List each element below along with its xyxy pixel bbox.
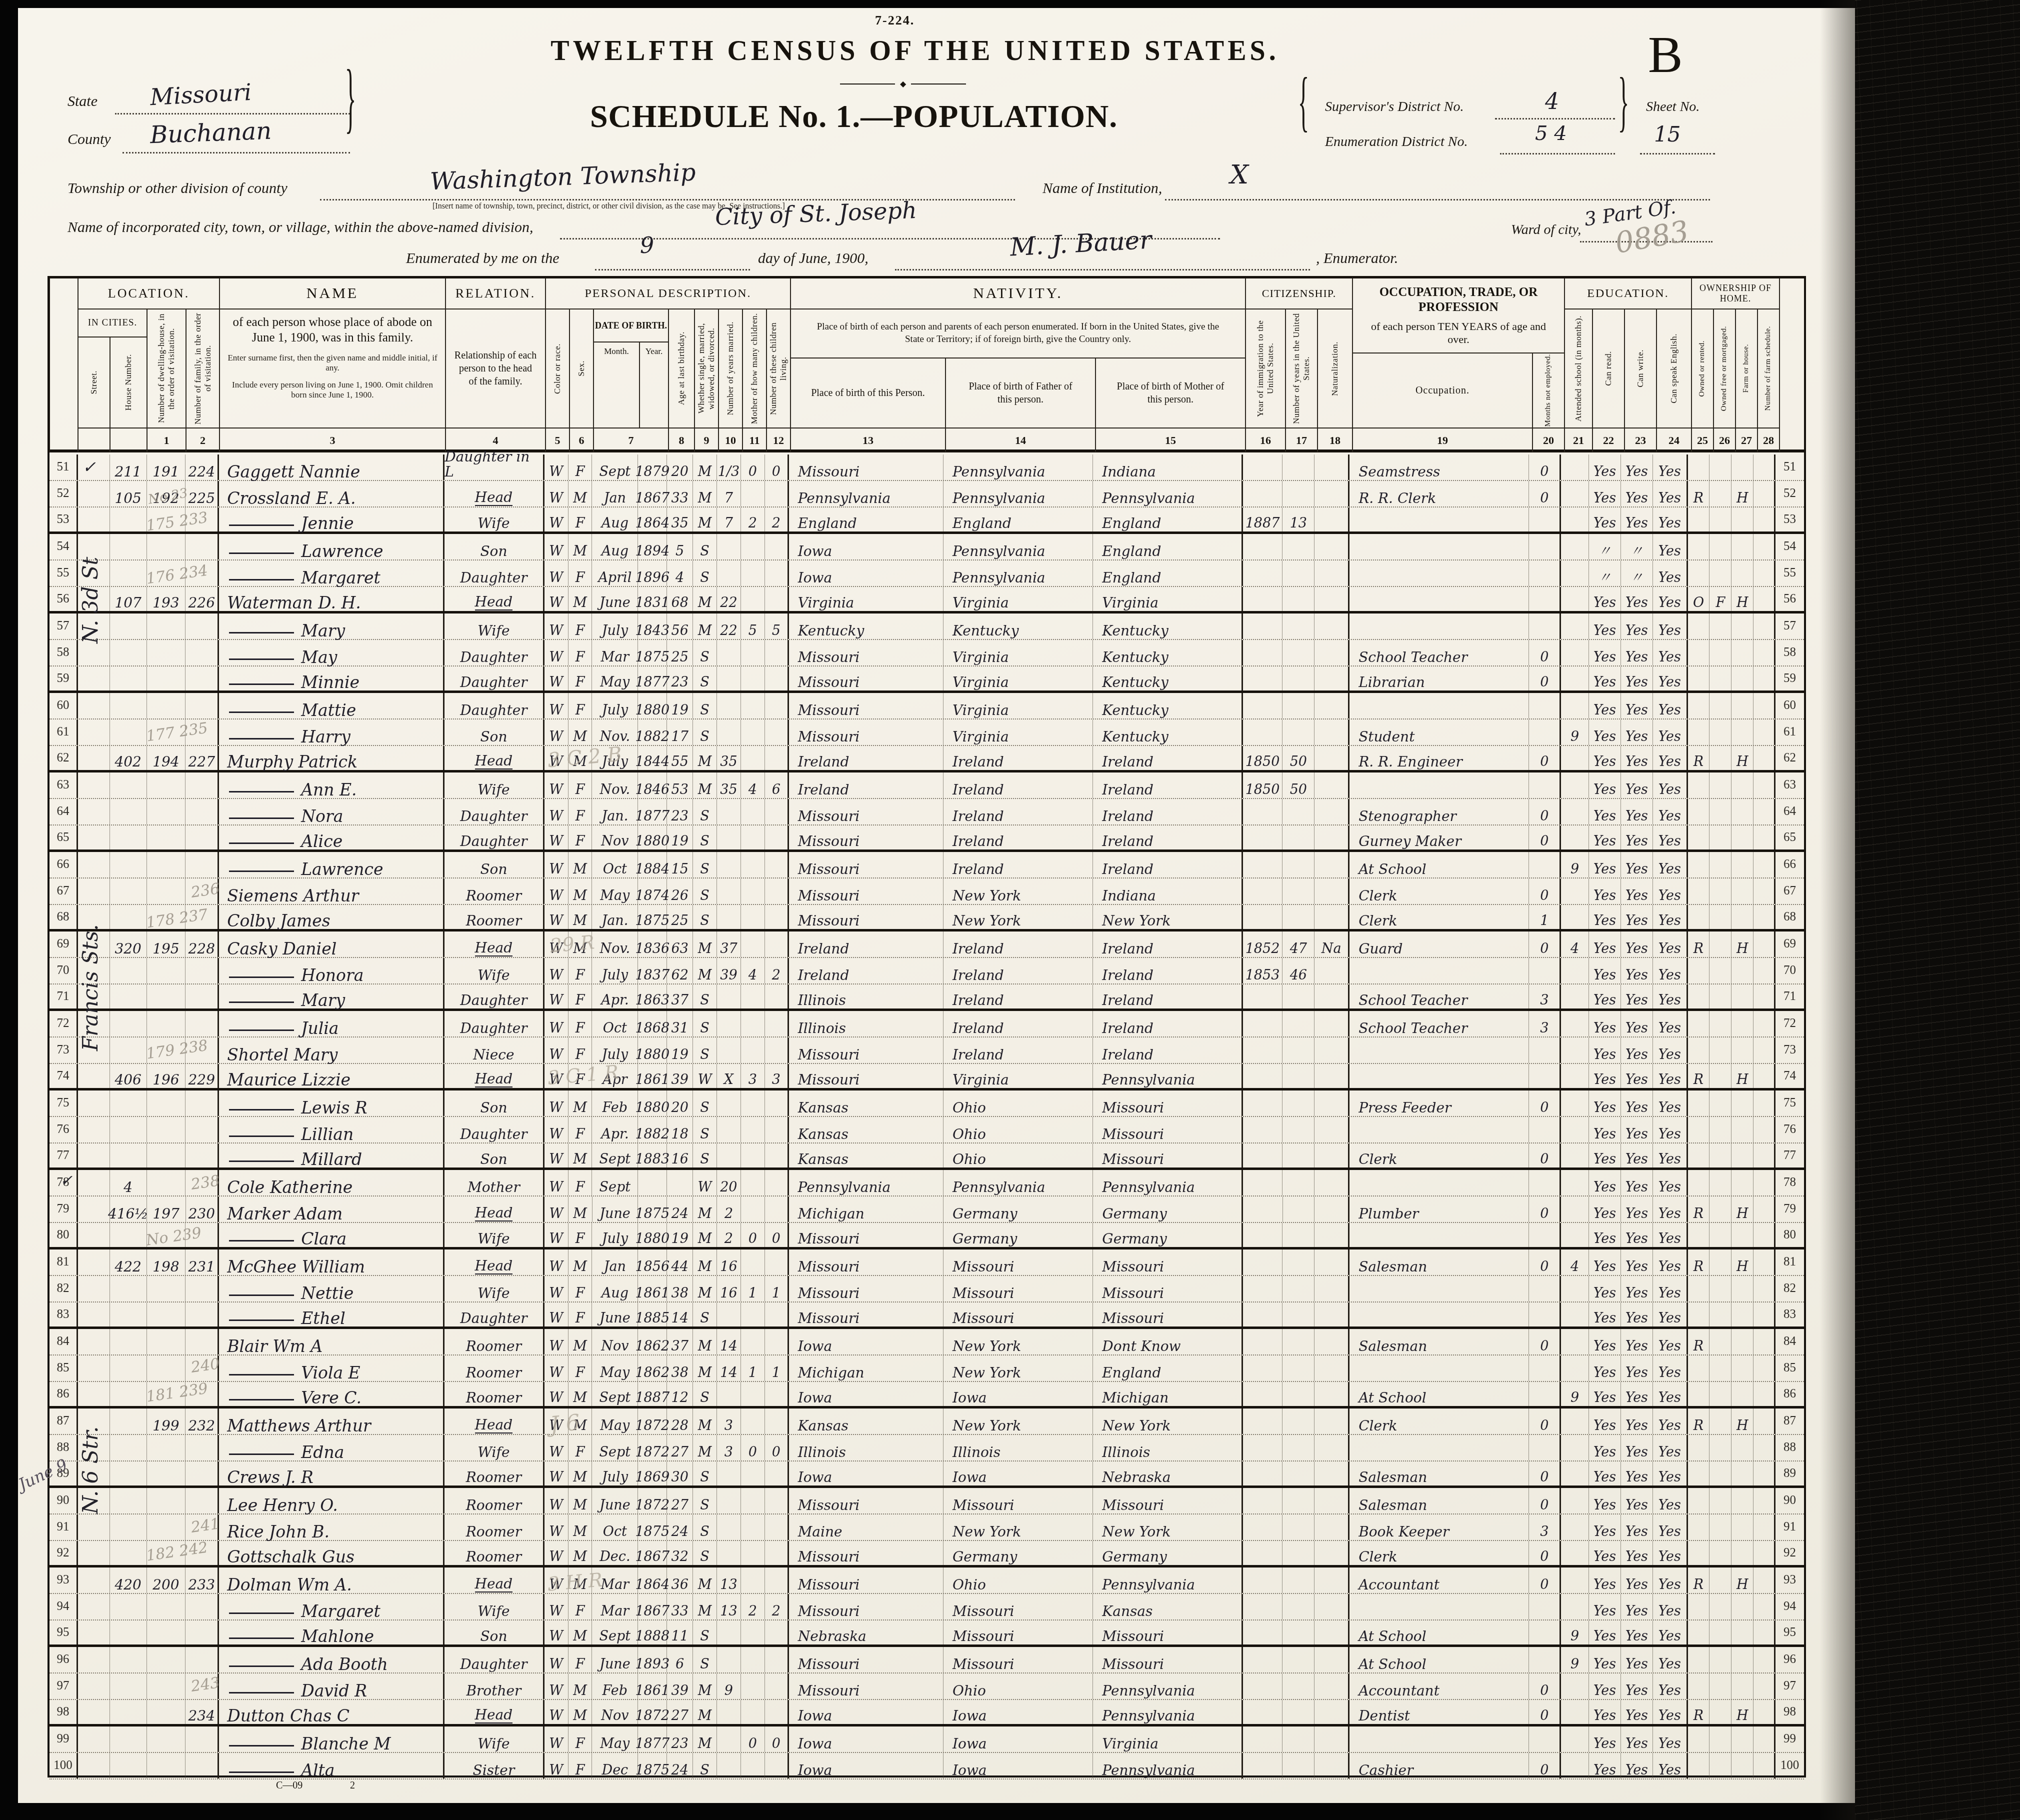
cell-can-read: Yes — [1589, 1329, 1621, 1354]
cell-can-read: Yes — [1589, 1117, 1621, 1142]
col-family-header: Number of family, in the order of visita… — [186, 309, 219, 428]
cell-birth-month: Mar — [592, 640, 638, 665]
row-number-right: 92 — [1775, 1541, 1804, 1565]
cell-farm-house — [1731, 507, 1753, 531]
row-number-right: 54 — [1775, 534, 1804, 559]
cell-age: 33 — [667, 481, 693, 506]
cell-farm-house — [1731, 1276, 1753, 1301]
cell-birthplace-person: Ireland — [789, 746, 943, 770]
cell-house-number — [110, 640, 147, 665]
cell-farm-schedule — [1753, 958, 1775, 983]
county-value: Buchanan — [149, 117, 272, 149]
cell-birthplace-mother: England — [1093, 560, 1242, 586]
cell-can-read: Yes — [1589, 799, 1621, 824]
cell-birth-year: 1844 — [638, 746, 667, 770]
cell-years-in-us — [1282, 587, 1314, 611]
row-number-right: 86 — [1775, 1382, 1804, 1406]
cell-occupation: Salesman — [1349, 1329, 1529, 1354]
cell-immigration-year: 1853 — [1243, 958, 1283, 983]
cell-immigration-year — [1243, 454, 1283, 480]
cell-birth-month: Apr. — [592, 984, 638, 1008]
cell-years-married: 3 — [717, 1435, 741, 1460]
cell-age: 23 — [667, 666, 693, 690]
cell-naturalization — [1314, 1673, 1349, 1699]
cell-house-number — [110, 1223, 147, 1247]
cell-years-married: 35 — [717, 772, 741, 798]
row-number-left: 79 — [49, 1196, 78, 1222]
cell-immigration-year — [1243, 1223, 1283, 1247]
column-number: 19 — [1352, 428, 1532, 452]
cell-color-race: W — [544, 905, 568, 929]
cell-sex: M — [568, 481, 592, 506]
cell-house-number — [110, 1514, 147, 1540]
cell-birthplace-mother: Pennsylvania — [1093, 1170, 1242, 1195]
cell-children-living — [765, 1541, 789, 1565]
cell-attended-school — [1561, 1567, 1589, 1593]
row-number-left: 86 — [49, 1382, 78, 1406]
surname-ditto-dash — [229, 552, 294, 554]
cell-birth-year: 1867 — [638, 1594, 667, 1619]
cell-attended-school — [1561, 905, 1589, 929]
cell-farm-house — [1731, 1753, 1753, 1778]
cell-naturalization — [1314, 905, 1349, 929]
cell-can-read: Yes — [1589, 958, 1621, 983]
cell-immigration-year — [1243, 560, 1283, 586]
cell-family-number: 228 — [185, 931, 219, 957]
cell-can-read: Yes — [1589, 905, 1621, 929]
cell-children-living — [765, 931, 789, 957]
cell-children-living — [765, 693, 789, 718]
column-number: 2 — [186, 428, 219, 452]
enumerated-prefix: Enumerated by me on the — [406, 250, 559, 267]
cell-naturalization — [1314, 1170, 1349, 1195]
row-number-right: 58 — [1775, 640, 1804, 665]
cell-years-in-us — [1282, 1329, 1314, 1354]
cell-birth-year: 1872 — [638, 1700, 667, 1724]
cell-children-living — [765, 587, 789, 611]
cell-years-in-us — [1282, 1514, 1314, 1540]
cell-naturalization — [1314, 1196, 1349, 1222]
cell-birthplace-mother: New York — [1093, 1408, 1242, 1434]
cell-birthplace-mother: Ireland — [1093, 772, 1242, 798]
cell-immigration-year — [1243, 587, 1283, 611]
cell-sex: F — [568, 1223, 592, 1247]
cell-years-in-us — [1282, 1753, 1314, 1778]
cell-birth-month: May — [592, 666, 638, 690]
cell-owned-free-mortgaged — [1709, 640, 1731, 665]
cell-owned-rented: R — [1688, 1064, 1710, 1088]
cell-name: Ann E. — [219, 772, 444, 798]
cell-birth-year: 1861 — [638, 1673, 667, 1699]
cell-house-number: 422 — [110, 1249, 147, 1275]
cell-owned-free-mortgaged — [1709, 1037, 1731, 1063]
cell-children-living — [765, 560, 789, 586]
cell-can-write: Yes — [1621, 1700, 1653, 1724]
cell-months-not-employed — [1529, 772, 1561, 798]
cell-owned-rented: R — [1688, 746, 1710, 770]
cell-children-living — [765, 719, 789, 745]
cell-children-living: 0 — [765, 1223, 789, 1247]
cell-can-read: Yes — [1589, 1408, 1621, 1434]
cell-can-speak-english: Yes — [1653, 534, 1688, 559]
cell-color-race: W — [544, 1143, 568, 1167]
cell-attended-school — [1561, 613, 1589, 639]
cell-birthplace-mother: Missouri — [1093, 1249, 1242, 1275]
cell-marital-status: M — [693, 1594, 717, 1619]
cell-dwelling-number — [147, 1435, 186, 1460]
cell-occupation: Dentist — [1349, 1700, 1529, 1724]
cell-relation: Daughter in L — [444, 454, 544, 480]
row-number-left: 53 — [49, 507, 78, 531]
cell-sex: M — [568, 1488, 592, 1513]
sheet-line — [1640, 153, 1715, 154]
cell-months-not-employed: 0 — [1529, 931, 1561, 957]
cell-mother-of-children — [741, 905, 765, 929]
cell-birth-month: Nov — [592, 825, 638, 849]
cell-street — [78, 1223, 110, 1247]
cell-color-race: W — [544, 1196, 568, 1222]
cell-dwelling-number: 196 — [147, 1064, 186, 1088]
cell-owned-rented — [1688, 1541, 1710, 1565]
cell-birthplace-mother: Michigan — [1093, 1382, 1242, 1406]
cell-farm-house — [1731, 878, 1753, 904]
cell-birthplace-father: Missouri — [943, 1647, 1093, 1672]
cell-name: Siemens Arthur — [219, 878, 444, 904]
row-number-right: 85 — [1775, 1355, 1804, 1381]
cell-years-in-us — [1282, 1064, 1314, 1088]
cell-occupation: Cashier — [1349, 1753, 1529, 1778]
cell-relation: Wife — [444, 1435, 544, 1460]
cell-color-race: W — [544, 1249, 568, 1275]
cell-immigration-year: 1850 — [1243, 746, 1283, 770]
cell-mother-of-children — [741, 1117, 765, 1142]
cell-birth-year: 1875 — [638, 1753, 667, 1778]
surname-ditto-dash — [229, 1294, 294, 1296]
signature-line — [895, 269, 1310, 270]
cell-naturalization — [1314, 1329, 1349, 1354]
row-number-right: 73 — [1775, 1037, 1804, 1063]
cell-mother-of-children: 0 — [741, 1223, 765, 1247]
cell-farm-schedule — [1753, 666, 1775, 690]
township-label: Township or other division of county — [67, 180, 287, 197]
row-number-right: 72 — [1775, 1011, 1804, 1036]
cell-color-race: W — [544, 1355, 568, 1381]
cell-owned-free-mortgaged — [1709, 852, 1731, 877]
cell-name: Casky Daniel — [219, 931, 444, 957]
cell-occupation: At School — [1349, 852, 1529, 877]
cell-age: 25 — [667, 905, 693, 929]
cell-immigration-year — [1243, 1435, 1283, 1460]
cell-birth-year: 1877 — [638, 1726, 667, 1752]
cell-birthplace-person: Pennsylvania — [789, 1170, 943, 1195]
cell-family-number — [185, 1117, 219, 1142]
cell-years-married: 13 — [717, 1567, 741, 1593]
cell-dwelling-number: 199 — [147, 1408, 186, 1434]
cell-can-speak-english: Yes — [1653, 1117, 1688, 1142]
cell-farm-schedule — [1753, 746, 1775, 770]
cell-years-in-us — [1282, 1541, 1314, 1565]
col-farm-schedule-header: Number of farm schedule. — [1757, 309, 1779, 428]
cell-color-race: W — [544, 958, 568, 983]
cell-sex: M — [568, 1541, 592, 1565]
cell-birthplace-father: Iowa — [943, 1382, 1093, 1406]
cell-naturalization — [1314, 1541, 1349, 1565]
group-ownership: OWNERSHIP OF HOME. — [1691, 278, 1779, 309]
cell-birthplace-person: Missouri — [789, 825, 943, 849]
cell-can-speak-english: Yes — [1653, 1064, 1688, 1088]
cell-birth-year: 1880 — [638, 693, 667, 718]
cell-relation: Wife — [444, 1726, 544, 1752]
cell-birth-month: Apr. — [592, 1117, 638, 1142]
cell-relation: Roomer — [444, 1488, 544, 1513]
cell-name: Maurice Lizzie — [219, 1064, 444, 1088]
cell-age: 56 — [667, 613, 693, 639]
table-row: 60MattieDaughterWFJuly188019SMissouriVir… — [49, 693, 1804, 719]
cell-can-speak-english: Yes — [1653, 1249, 1688, 1275]
cell-can-write: Yes — [1621, 1461, 1653, 1485]
cell-relation: Brother — [444, 1673, 544, 1699]
cell-owned-rented — [1688, 1090, 1710, 1116]
cell-birthplace-father: Ireland — [943, 1037, 1093, 1063]
cell-mother-of-children: 3 — [741, 1064, 765, 1088]
cell-birthplace-mother: Virginia — [1093, 587, 1242, 611]
row-number-left: 76 — [49, 1117, 78, 1142]
cell-mother-of-children — [741, 534, 765, 559]
cell-naturalization — [1314, 1620, 1349, 1644]
cell-attended-school — [1561, 587, 1589, 611]
cell-name: Honora — [219, 958, 444, 983]
cell-color-race: W — [544, 481, 568, 506]
cell-can-read: Yes — [1589, 1302, 1621, 1326]
cell-owned-rented — [1688, 1673, 1710, 1699]
row-number-left: 80 — [49, 1223, 78, 1247]
cell-sex: F — [568, 825, 592, 849]
cell-children-living — [765, 1249, 789, 1275]
cell-months-not-employed: 0 — [1529, 666, 1561, 690]
cell-marital-status: S — [693, 1117, 717, 1142]
cell-years-married — [717, 693, 741, 718]
cell-attended-school — [1561, 1329, 1589, 1354]
cell-birthplace-father: Missouri — [943, 1620, 1093, 1644]
cell-sex: M — [568, 1329, 592, 1354]
cell-years-married: 39 — [717, 958, 741, 983]
table-header: LOCATION. IN CITIES. Street. House Numbe… — [49, 278, 1804, 452]
cell-farm-schedule — [1753, 1117, 1775, 1142]
cell-can-read: Yes — [1589, 1355, 1621, 1381]
cell-owned-rented: R — [1688, 1196, 1710, 1222]
row-number-right: 56 — [1775, 587, 1804, 611]
row-number-right: 94 — [1775, 1594, 1804, 1619]
cell-house-number — [110, 560, 147, 586]
cell-owned-free-mortgaged — [1709, 984, 1731, 1008]
row-number-right: 95 — [1775, 1620, 1804, 1644]
cell-street — [78, 1276, 110, 1301]
table-row: 74406196229Maurice LizzieHeadWFApr186139… — [49, 1064, 1804, 1090]
cell-can-read: Yes — [1589, 878, 1621, 904]
table-row: 70HonoraWifeWFJuly183762M3942IrelandIrel… — [49, 958, 1804, 984]
cell-farm-schedule — [1753, 693, 1775, 718]
cell-age: 39 — [667, 1064, 693, 1088]
cell-can-read: Yes — [1589, 481, 1621, 506]
cell-family-number — [185, 1461, 219, 1485]
cell-can-write: Yes — [1621, 1117, 1653, 1142]
cell-color-race: W — [544, 719, 568, 745]
cell-children-living — [765, 1408, 789, 1434]
cell-mother-of-children — [741, 1382, 765, 1406]
cell-can-speak-english: Yes — [1653, 719, 1688, 745]
cell-can-speak-english: Yes — [1653, 1673, 1688, 1699]
surname-ditto-dash — [229, 683, 294, 685]
cell-months-not-employed: 0 — [1529, 878, 1561, 904]
cell-marital-status: S — [693, 1461, 717, 1485]
cell-dwelling-number — [147, 1647, 186, 1672]
district-brace-left: { — [1298, 63, 1309, 140]
cell-farm-house: H — [1731, 1408, 1753, 1434]
cell-birth-month: July — [592, 958, 638, 983]
cell-attended-school — [1561, 1408, 1589, 1434]
cell-years-in-us — [1282, 613, 1314, 639]
cell-name: Lawrence — [219, 534, 444, 559]
cell-dwelling-number: 197 — [147, 1196, 186, 1222]
surname-ditto-dash — [229, 1637, 294, 1639]
cell-occupation: Guard — [1349, 931, 1529, 957]
cell-birthplace-mother: Ireland — [1093, 1011, 1242, 1036]
table-row: 57MaryWifeWFJuly184356M2255KentuckyKentu… — [49, 613, 1804, 640]
cell-house-number — [110, 1329, 147, 1354]
cell-naturalization — [1314, 1117, 1349, 1142]
cell-can-read: Yes — [1589, 1488, 1621, 1513]
cell-relation: Niece — [444, 1037, 544, 1063]
cell-name: Nettie — [219, 1276, 444, 1301]
cell-birthplace-father: England — [943, 507, 1093, 531]
cell-months-not-employed — [1529, 1170, 1561, 1195]
cell-months-not-employed — [1529, 1355, 1561, 1381]
row-number-left: 97 — [49, 1673, 78, 1699]
row-number-header-left — [49, 278, 78, 452]
cell-years-married — [717, 878, 741, 904]
surname-ditto-dash — [229, 738, 294, 739]
cell-farm-schedule — [1753, 454, 1775, 480]
col-naturalization-header: Naturalization. — [1317, 309, 1352, 428]
cell-birth-year: 1888 — [638, 1620, 667, 1644]
cell-house-number — [110, 1408, 147, 1434]
cell-naturalization — [1314, 1143, 1349, 1167]
cell-owned-free-mortgaged — [1709, 1064, 1731, 1088]
cell-farm-house — [1731, 1011, 1753, 1036]
column-number: 21 — [1564, 428, 1592, 452]
cell-months-not-employed: 0 — [1529, 1753, 1561, 1778]
cell-years-in-us — [1282, 1302, 1314, 1326]
cell-birthplace-person: Missouri — [789, 1647, 943, 1672]
cell-street — [78, 1673, 110, 1699]
cell-can-read: Yes — [1589, 1249, 1621, 1275]
cell-birthplace-person: Kansas — [789, 1143, 943, 1167]
cell-owned-free-mortgaged — [1709, 878, 1731, 904]
cell-owned-free-mortgaged — [1709, 825, 1731, 849]
cell-can-write: Yes — [1621, 1541, 1653, 1565]
cell-can-write: Yes — [1621, 1673, 1653, 1699]
cell-mother-of-children — [741, 1567, 765, 1593]
surname-ditto-dash — [229, 1135, 294, 1137]
cell-years-in-us: 13 — [1282, 507, 1314, 531]
cell-birthplace-person: Virginia — [789, 587, 943, 611]
cell-marital-status: M — [693, 958, 717, 983]
cell-can-speak-english: Yes — [1653, 1567, 1688, 1593]
cell-relation: Head — [444, 587, 544, 611]
cell-age: 26 — [667, 878, 693, 904]
cell-farm-house — [1731, 1223, 1753, 1247]
cell-can-speak-english: Yes — [1653, 825, 1688, 849]
cell-sex: M — [568, 905, 592, 929]
cell-occupation: School Teacher — [1349, 640, 1529, 665]
row-number-right: 82 — [1775, 1276, 1804, 1301]
cell-occupation — [1349, 613, 1529, 639]
cell-age: 14 — [667, 1302, 693, 1326]
cell-birthplace-person: Missouri — [789, 454, 943, 480]
row-number-left: 94 — [49, 1594, 78, 1619]
cell-mother-of-children — [741, 1700, 765, 1724]
cell-sex: F — [568, 958, 592, 983]
cell-occupation — [1349, 1223, 1529, 1247]
cell-owned-free-mortgaged — [1709, 560, 1731, 586]
cell-name: Minnie — [219, 666, 444, 690]
cell-occupation — [1349, 1037, 1529, 1063]
cell-marital-status: M — [693, 1249, 717, 1275]
col-children-living-header: Number of these children living. — [766, 309, 790, 428]
cell-can-write: Yes — [1621, 1064, 1653, 1088]
cell-color-race: W — [544, 1488, 568, 1513]
cell-house-number: 420 — [110, 1567, 147, 1593]
cell-months-not-employed — [1529, 693, 1561, 718]
cell-can-speak-english: Yes — [1653, 454, 1688, 480]
cell-sex: M — [568, 534, 592, 559]
cell-owned-free-mortgaged — [1709, 1435, 1731, 1460]
cell-owned-rented — [1688, 1382, 1710, 1406]
cell-years-married: 16 — [717, 1276, 741, 1301]
cell-house-number — [110, 1541, 147, 1565]
cell-relation: Roomer — [444, 905, 544, 929]
cell-owned-free-mortgaged — [1709, 1302, 1731, 1326]
cell-birthplace-person: Missouri — [789, 1541, 943, 1565]
column-number-blank — [110, 428, 147, 452]
cell-attended-school — [1561, 560, 1589, 586]
cell-sex: F — [568, 984, 592, 1008]
cell-birth-year: 1875 — [638, 905, 667, 929]
cell-birth-month: June — [592, 1196, 638, 1222]
cell-owned-free-mortgaged: F — [1709, 587, 1731, 611]
cell-name: Mary — [219, 613, 444, 639]
col-dwelling-header: Number of dwelling-house, in the order o… — [147, 309, 186, 428]
cell-can-write: Yes — [1621, 984, 1653, 1008]
cell-sex: F — [568, 1753, 592, 1778]
cell-months-not-employed — [1529, 1382, 1561, 1406]
cell-name: Ada Booth — [219, 1647, 444, 1672]
cell-children-living — [765, 1143, 789, 1167]
cell-attended-school — [1561, 666, 1589, 690]
cell-can-write: Yes — [1621, 1726, 1653, 1752]
cell-age: 16 — [667, 1143, 693, 1167]
cell-farm-schedule — [1753, 1382, 1775, 1406]
cell-months-not-employed — [1529, 1435, 1561, 1460]
cell-years-married — [717, 825, 741, 849]
cell-children-living — [765, 1170, 789, 1195]
column-number: 16 — [1245, 428, 1285, 452]
cell-birthplace-person: Missouri — [789, 852, 943, 877]
cell-naturalization — [1314, 772, 1349, 798]
cell-marital-status: S — [693, 560, 717, 586]
cell-house-number: 4 — [110, 1170, 147, 1195]
cell-occupation: Press Feeder — [1349, 1090, 1529, 1116]
